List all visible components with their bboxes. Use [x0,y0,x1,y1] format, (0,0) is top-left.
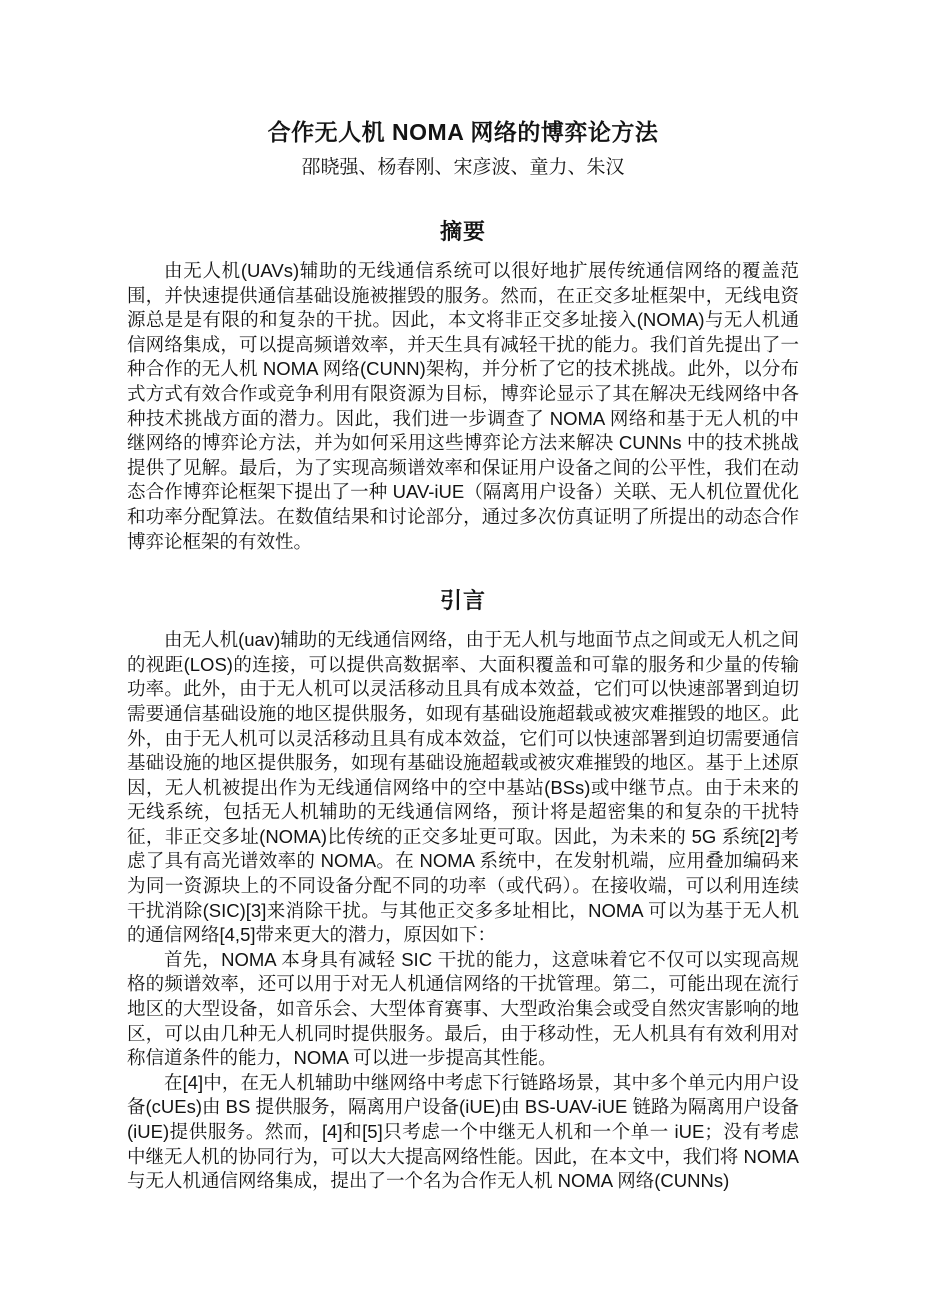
introduction-paragraph-1: 由无人机(uav)辅助的无线通信网络，由于无人机与地面节点之间或无人机之间的视距… [127,628,799,948]
abstract-heading: 摘要 [127,217,799,247]
section-abstract: 摘要 由无人机(UAVs)辅助的无线通信系统可以很好地扩展传统通信网络的覆盖范围… [127,217,799,554]
section-introduction: 引言 由无人机(uav)辅助的无线通信网络，由于无人机与地面节点之间或无人机之间… [127,586,799,1194]
introduction-paragraph-2: 首先，NOMA 本身具有减轻 SIC 干扰的能力，这意味着它不仅可以实现高规格的… [127,948,799,1071]
page-content: 合作无人机 NOMA 网络的博弈论方法 邵晓强、杨春刚、宋彦波、童力、朱汉 摘要… [127,0,799,1194]
abstract-paragraph: 由无人机(UAVs)辅助的无线通信系统可以很好地扩展传统通信网络的覆盖范围，并快… [127,259,799,554]
paper-authors: 邵晓强、杨春刚、宋彦波、童力、朱汉 [127,154,799,181]
paper-title: 合作无人机 NOMA 网络的博弈论方法 [127,116,799,148]
introduction-heading: 引言 [127,586,799,616]
document-page: 合作无人机 NOMA 网络的博弈论方法 邵晓强、杨春刚、宋彦波、童力、朱汉 摘要… [0,0,926,1309]
introduction-paragraph-3: 在[4]中，在无人机辅助中继网络中考虑下行链路场景，其中多个单元内用户设备(cU… [127,1071,799,1194]
